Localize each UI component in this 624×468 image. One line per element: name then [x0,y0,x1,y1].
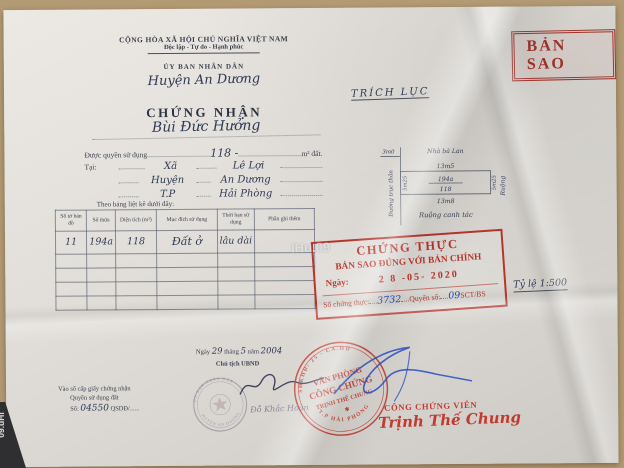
dotted-leader [147,150,210,157]
registry-line1: Vào sổ cấp giấy chứng nhận [58,385,139,393]
table-header-row: Số tờ bản đồ Số thửa Diện tích (m²) Mục … [55,208,314,231]
dotted-leader [119,190,139,197]
loc-name-0: Lê Lợi [216,160,280,171]
cell-term: lâu dài [220,235,253,246]
dotted-leader [197,176,211,183]
date-day: 29 [212,347,223,357]
cell-area: 118 [127,236,145,247]
photo-of-document: CỘNG HÒA XÃ HỘI CHỦ NGHĨA VIỆT NAM Độc l… [0,0,624,468]
dotted-leader [281,175,323,182]
dotted-leader [238,149,301,156]
grant-label: Được quyền sử dụng [84,150,147,159]
ban-sao-stamp: BẢN SAO [511,29,616,81]
paper-sheet: CỘNG HÒA XÃ HỘI CHỦ NGHĨA VIỆT NAM Độc l… [3,6,618,467]
loc-unit-2: T.P [139,189,197,200]
trich-luc-title: TRÍCH LỤC [351,86,430,101]
col-header: Mục đích sử dụng [156,209,217,230]
diagram-north-label: Nhà bà Lan [426,148,464,155]
area-unit: m² đất. [301,149,322,158]
holder-line: Bùi Đức Hưởng [92,118,320,139]
plot-diagram: Nhà bà Lan 3m0 13m5 194a 118 13m8 Ruộng … [358,141,511,234]
col-header: Số tờ bản đồ [55,210,86,231]
col-header: Thời hạn sử dụng [217,209,254,230]
diagram-right-label: Ruộng [500,176,507,197]
parcel-table: Số tờ bản đồ Số thửa Diện tích (m²) Mục … [55,208,316,311]
table-data-row: 11 194a 118 Đất ở lâu dài [55,229,314,254]
diagram-south-label: Ruộng canh tác [418,211,473,219]
motto-rule [148,52,260,54]
seal-ring-bottom: HUYỆN AN DƯƠNG [201,408,243,429]
registry-block: Vào sổ cấp giấy chứng nhận Quyền sử dụng… [58,385,139,414]
cert-suffix: SCT/BS [460,289,486,300]
svg-text:HUYỆN AN DƯƠNG: HUYỆN AN DƯƠNG [201,408,243,429]
diagram-offset: 3m0 [382,149,395,155]
registry-line2: Quyền sử dụng đất [70,394,139,401]
area-value: 118 - [210,147,238,160]
watermark-edge: 09.uHi [0,412,6,438]
diagram-left-road-label: Đường trục thôn [388,170,395,218]
diagram-plot-area: 118 [440,186,452,193]
table-empty-row [56,294,315,310]
certification-date-value: 2 8 -05- 2020 [378,269,459,286]
registry-suffix: QSDĐ/...... [111,405,140,412]
holder-name: Bùi Đức Hưởng [92,116,320,140]
col-header: Số thửa [87,210,116,231]
loc-name-1: An Dương [211,174,281,185]
diagram-left-dim: 5m25 [403,175,409,191]
cell-parcel-no: 194a [89,236,113,247]
table-intro: Theo bảng liệt kê dưới đây: [97,200,174,209]
issuer-handwritten: Huyện An Dương [84,70,324,91]
cert-no-value: 3732 [377,294,402,307]
diagram-top-dim: 13m5 [437,163,455,170]
loc-name-2: Hải Phòng [211,188,281,199]
col-header: Diện tích (m²) [115,210,156,231]
seal-ring-top: ỦY BAN NHÂN DÂN [189,374,237,403]
registry-no-value: 04550 [80,403,109,413]
loc-unit-1: Huyện [139,175,197,186]
date-month: 5 [241,346,246,356]
location-block: Tại: Xã Lê Lợi Huyện An Dương T.P [84,160,322,201]
national-header: CỘNG HÒA XÃ HỘI CHỦ NGHĨA VIỆT NAM Độc l… [84,34,324,89]
registry-no-label: Số: [70,406,79,413]
date-word: tháng [224,349,239,356]
date-word: Ngày [196,349,210,356]
notary-signature [324,341,480,408]
watermark-center: iHu.09 [291,240,330,256]
cert-book-value: 09 [448,290,461,302]
cert-book-label: Quyển số: [409,292,441,303]
certification-date-label: Ngày: [325,277,349,289]
date-word: năm [248,348,259,355]
dotted-leader [281,189,323,196]
svg-text:ỦY BAN NHÂN DÂN: ỦY BAN NHÂN DÂN [189,374,237,403]
cert-no-label: Số chứng thực: [323,297,370,309]
seal-star-emblem [211,396,228,412]
loc-unit-0: Xã [144,161,196,172]
dotted-leader [197,190,211,197]
cell-land-use: Đất ở [172,235,202,248]
diagram-bottom-dim: 13m8 [437,198,455,205]
grant-line: Được quyền sử dụng 118 - m² đất. [84,146,322,161]
dotted-leader [119,176,139,183]
at-label: Tại: [84,162,118,171]
dotted-leader [196,162,216,169]
dotted-leader [280,161,322,168]
signing-date-line: Ngày 29 tháng 5 năm 2004 [196,346,283,357]
diagram-plot-no: 194a [438,176,454,183]
diagram-right-dim: 5m25 [492,175,498,191]
registry-line3: Số: 04550 QSDĐ/...... [70,403,139,413]
scale-note: Tỷ lệ 1:500 [513,277,567,292]
certification-stamp-box: CHỨNG THỰC BẢN SAO ĐÚNG VỚI BẢN CHÍNH Ng… [311,229,508,320]
dotted-leader [118,162,144,169]
cell-map-sheet: 11 [65,237,77,248]
col-header: Phần ghi thêm [254,208,314,229]
